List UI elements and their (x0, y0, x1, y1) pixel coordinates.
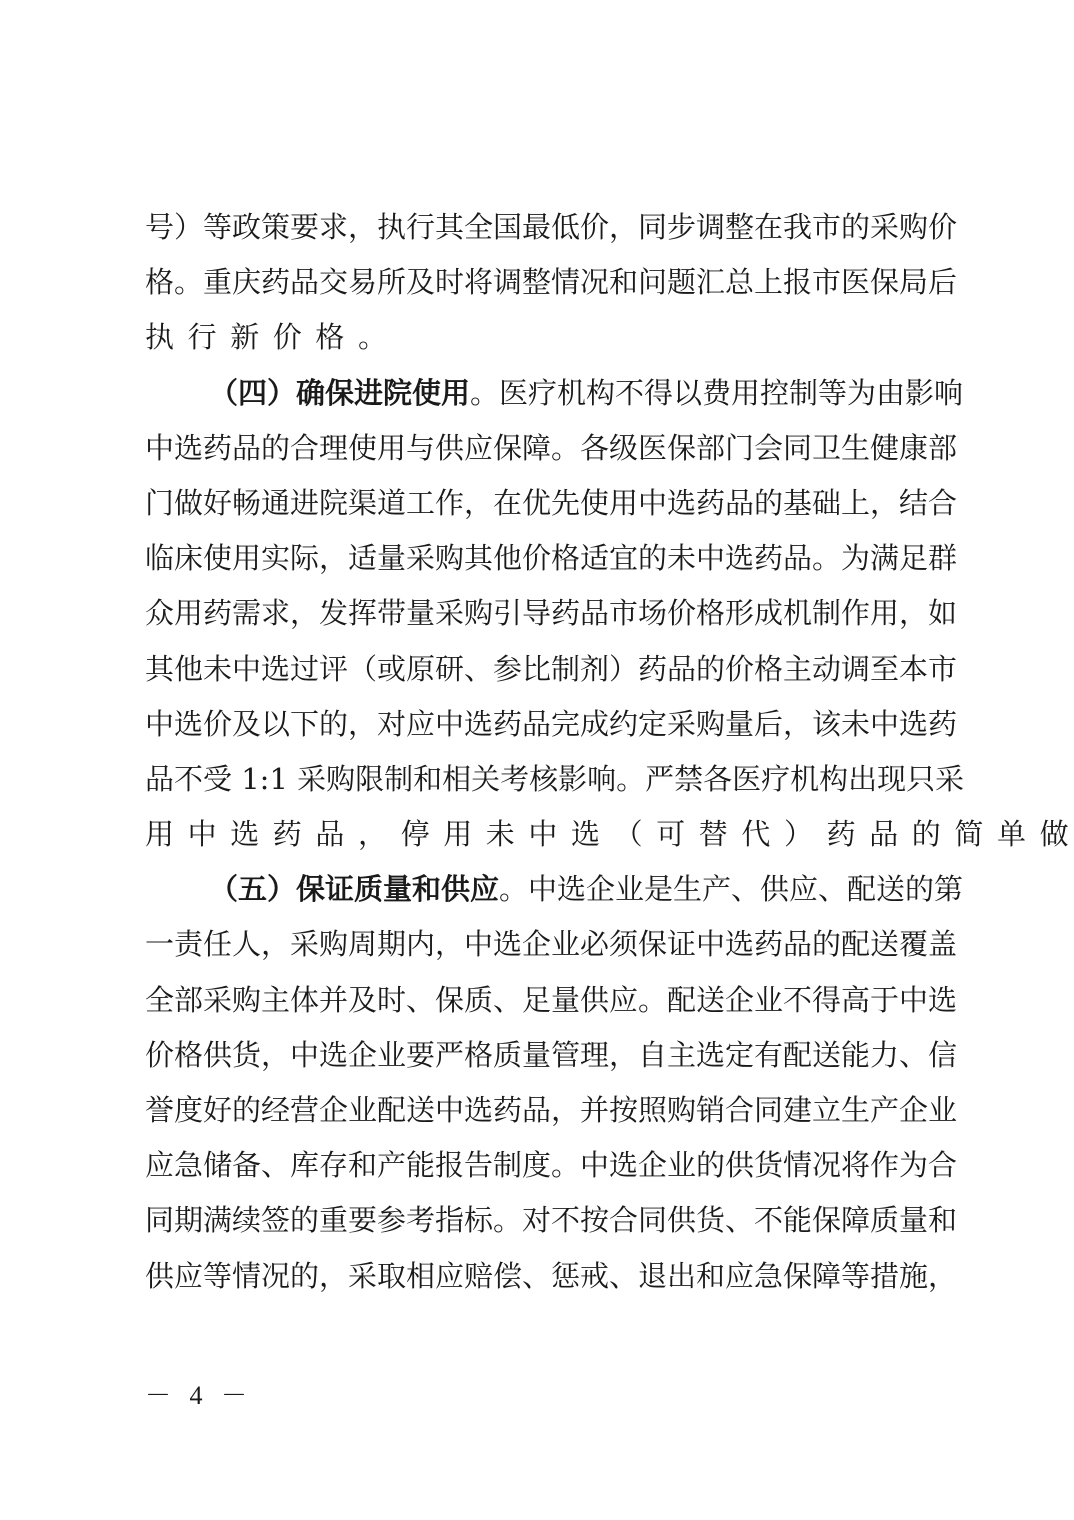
text-line: 临床使用实际，适量采购其他价格适宜的未中选药品。为满足群 (145, 531, 945, 586)
text-line: 品不受 1:1 采购限制和相关考核影响。严禁各医疗机构出现只采 (145, 752, 945, 807)
text-line: 号）等政策要求，执行其全国最低价，同步调整在我市的采购价 (145, 200, 945, 255)
section-heading-4: （四）确保进院使用 (209, 376, 470, 410)
text-line: 中选价及以下的，对应中选药品完成约定采购量后，该未中选药 (145, 697, 945, 752)
document-page: 号）等政策要求，执行其全国最低价，同步调整在我市的采购价 格。重庆药品交易所及时… (145, 200, 945, 1304)
text-line: 其他未中选过评（或原研、参比制剂）药品的价格主动调至本市 (145, 642, 945, 697)
text-span: 。中选企业是生产、供应、配送的第 (499, 872, 963, 906)
paragraph-continued: 号）等政策要求，执行其全国最低价，同步调整在我市的采购价 格。重庆药品交易所及时… (145, 200, 945, 366)
text-line: 一责任人，采购周期内，中选企业必须保证中选药品的配送覆盖 (145, 917, 945, 972)
paragraph-section-4: （四）确保进院使用。医疗机构不得以费用控制等为由影响 中选药品的合理使用与供应保… (145, 366, 945, 863)
text-line: 誉度好的经营企业配送中选药品，并按照购销合同建立生产企业 (145, 1083, 945, 1138)
section-heading-5: （五）保证质量和供应 (209, 872, 499, 906)
page-number: － 4 － (145, 1375, 253, 1412)
text-line: 格。重庆药品交易所及时将调整情况和问题汇总上报市医保局后 (145, 255, 945, 310)
text-line: 供应等情况的，采取相应赔偿、惩戒、退出和应急保障等措施， (145, 1249, 945, 1304)
text-line-first: （五）保证质量和供应。中选企业是生产、供应、配送的第 (145, 862, 945, 917)
text-line: 门做好畅通进院渠道工作，在优先使用中选药品的基础上，结合 (145, 476, 945, 531)
text-line: 同期满续签的重要参考指标。对不按合同供货、不能保障质量和 (145, 1193, 945, 1248)
text-line-first: （四）确保进院使用。医疗机构不得以费用控制等为由影响 (145, 366, 945, 421)
text-line: 执行新价格。 (145, 310, 945, 365)
text-line: 众用药需求，发挥带量采购引导药品市场价格形成机制作用，如 (145, 586, 945, 641)
text-line: 价格供货，中选企业要严格质量管理，自主选定有配送能力、信 (145, 1028, 945, 1083)
text-line: 全部采购主体并及时、保质、足量供应。配送企业不得高于中选 (145, 973, 945, 1028)
text-line: 中选药品的合理使用与供应保障。各级医保部门会同卫生健康部 (145, 421, 945, 476)
text-line: 应急储备、库存和产能报告制度。中选企业的供货情况将作为合 (145, 1138, 945, 1193)
paragraph-section-5: （五）保证质量和供应。中选企业是生产、供应、配送的第 一责任人，采购周期内，中选… (145, 862, 945, 1304)
text-span: 。医疗机构不得以费用控制等为由影响 (470, 376, 963, 410)
text-line: 用中选药品，停用未中选（可替代）药品的简单做法。 (145, 807, 945, 862)
